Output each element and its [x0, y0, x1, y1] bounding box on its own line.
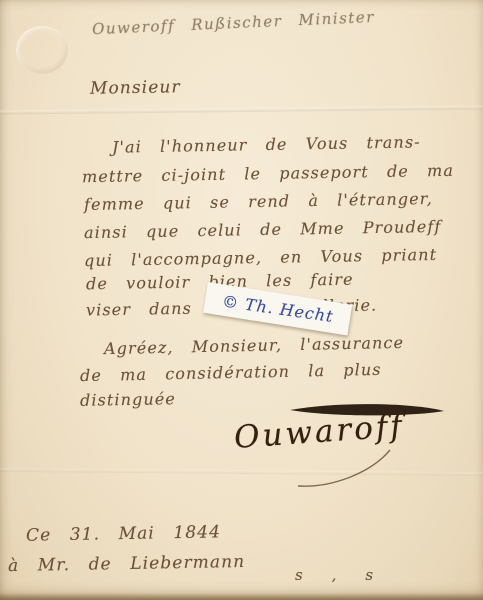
signature-block: Ouwaroff — [228, 398, 468, 498]
salutation: Monsieur — [90, 77, 181, 99]
paper-bottom-edge-shadow — [0, 593, 483, 600]
address-line: à Mr. de Liebermann — [8, 552, 246, 576]
paper-crease — [0, 105, 483, 114]
copyright-sticker: © Th. Hecht — [203, 282, 352, 335]
body-line: femme qui se rend à l'étranger, — [84, 189, 433, 214]
closing-line: Agréez, Monsieur, l'assurance — [104, 333, 404, 358]
body-line: qui l'accompagne, en Vous priant — [84, 245, 437, 270]
body-line: ainsi que celui de Mme Proudeff — [84, 217, 442, 242]
embossed-seal — [16, 26, 68, 74]
pencil-annotation: Ouweroff Rußischer Minister — [92, 8, 376, 38]
closing-line: distinguée — [80, 389, 176, 410]
closing-line: de ma considération la plus — [80, 360, 382, 385]
date-line: Ce 31. Mai 1844 — [26, 522, 221, 545]
paper-sheet: Ouweroff Rußischer Minister Monsieur J'a… — [0, 0, 483, 600]
body-line: J'ai l'honneur de Vous trans- — [112, 132, 421, 156]
letter-photo: Ouweroff Rußischer Minister Monsieur J'a… — [0, 0, 483, 600]
marginal-marks: s , s — [295, 566, 374, 584]
body-line: mettre ci-joint le passeport de ma — [82, 161, 454, 186]
